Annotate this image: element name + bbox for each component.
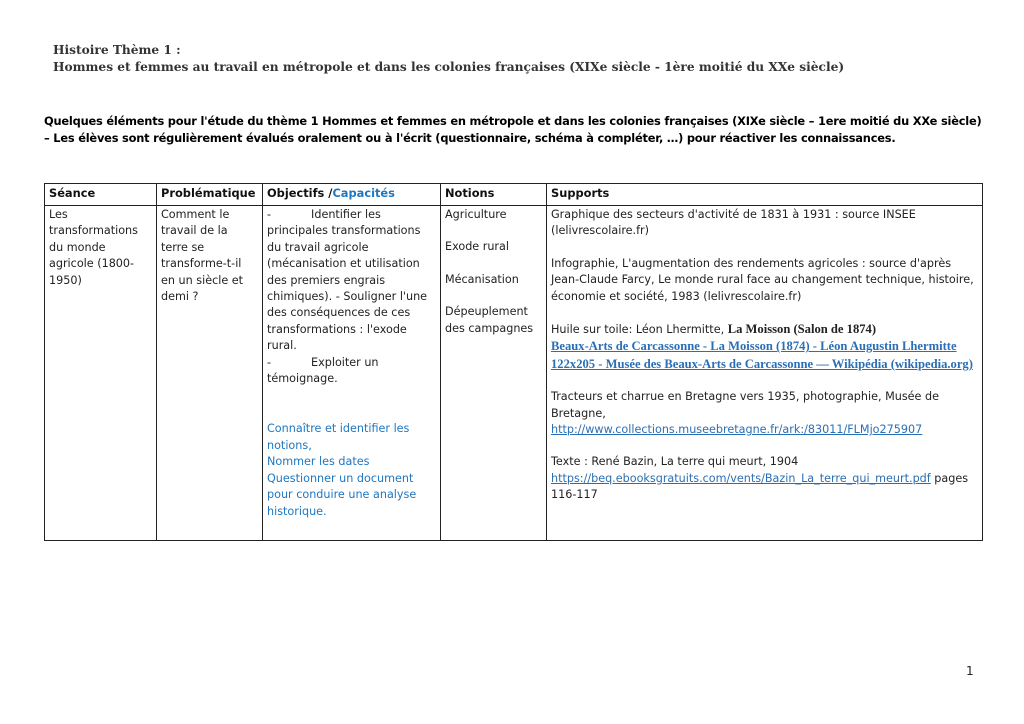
cell-notions: Agriculture Exode rural Mécanisation Dép…: [441, 206, 547, 541]
notion-item: Exode rural: [445, 239, 542, 255]
support-item: Huile sur toile: Léon Lhermitte, La Mois…: [551, 321, 978, 373]
theme-title: Histoire Thème 1 :: [53, 42, 844, 59]
support-item: Texte : René Bazin, La terre qui meurt, …: [551, 454, 978, 503]
page-header: Histoire Thème 1 : Hommes et femmes au t…: [53, 42, 844, 76]
objectifs-list: -Identifier les principales transformati…: [267, 207, 436, 387]
capacite-item: Nommer les dates: [267, 454, 436, 470]
header-problematique: Problématique: [157, 184, 263, 206]
table-header-row: Séance Problématique Objectifs /Capacité…: [45, 184, 983, 206]
capacites-list: Connaître et identifier les notions, Nom…: [267, 421, 436, 519]
support-item: Tracteurs et charrue en Bretagne vers 19…: [551, 389, 978, 438]
notion-item: Dépeuplement des campagnes: [445, 304, 542, 337]
header-capacites-label: Capacités: [332, 186, 395, 200]
ebook-link[interactable]: https://beq.ebooksgratuits.com/vents/Baz…: [551, 472, 931, 485]
lesson-table: Séance Problématique Objectifs /Capacité…: [44, 183, 983, 541]
header-notions: Notions: [441, 184, 547, 206]
musee-bretagne-link[interactable]: http://www.collections.museebretagne.fr/…: [551, 423, 922, 436]
cell-seance: Les transformations du monde agricole (1…: [45, 206, 157, 541]
header-objectifs-label: Objectifs /: [267, 186, 332, 200]
cell-problematique: Comment le travail de la terre se transf…: [157, 206, 263, 541]
intro-paragraph: Quelques éléments pour l'étude du thème …: [44, 113, 984, 147]
capacite-item: Questionner un document pour conduire un…: [267, 471, 436, 520]
table-row: Les transformations du monde agricole (1…: [45, 206, 983, 541]
header-seance: Séance: [45, 184, 157, 206]
objectif-item: Identifier les principales transformatio…: [267, 208, 420, 303]
cell-supports: Graphique des secteurs d'activité de 183…: [547, 206, 983, 541]
notion-item: Agriculture: [445, 207, 542, 223]
wikipedia-link[interactable]: Beaux-Arts de Carcassonne - La Moisson (…: [551, 339, 973, 370]
theme-subtitle: Hommes et femmes au travail en métropole…: [53, 59, 844, 76]
header-supports: Supports: [547, 184, 983, 206]
page-number: 1: [966, 664, 974, 678]
cell-objectifs: -Identifier les principales transformati…: [263, 206, 441, 541]
header-objectifs: Objectifs /Capacités: [263, 184, 441, 206]
support-item: Infographie, L'augmentation des rendemen…: [551, 256, 978, 305]
support-item: Graphique des secteurs d'activité de 183…: [551, 207, 978, 240]
notion-item: Mécanisation: [445, 272, 542, 288]
objectif-item: Exploiter un témoignage.: [267, 356, 379, 385]
capacite-item: Connaître et identifier les notions,: [267, 421, 436, 454]
